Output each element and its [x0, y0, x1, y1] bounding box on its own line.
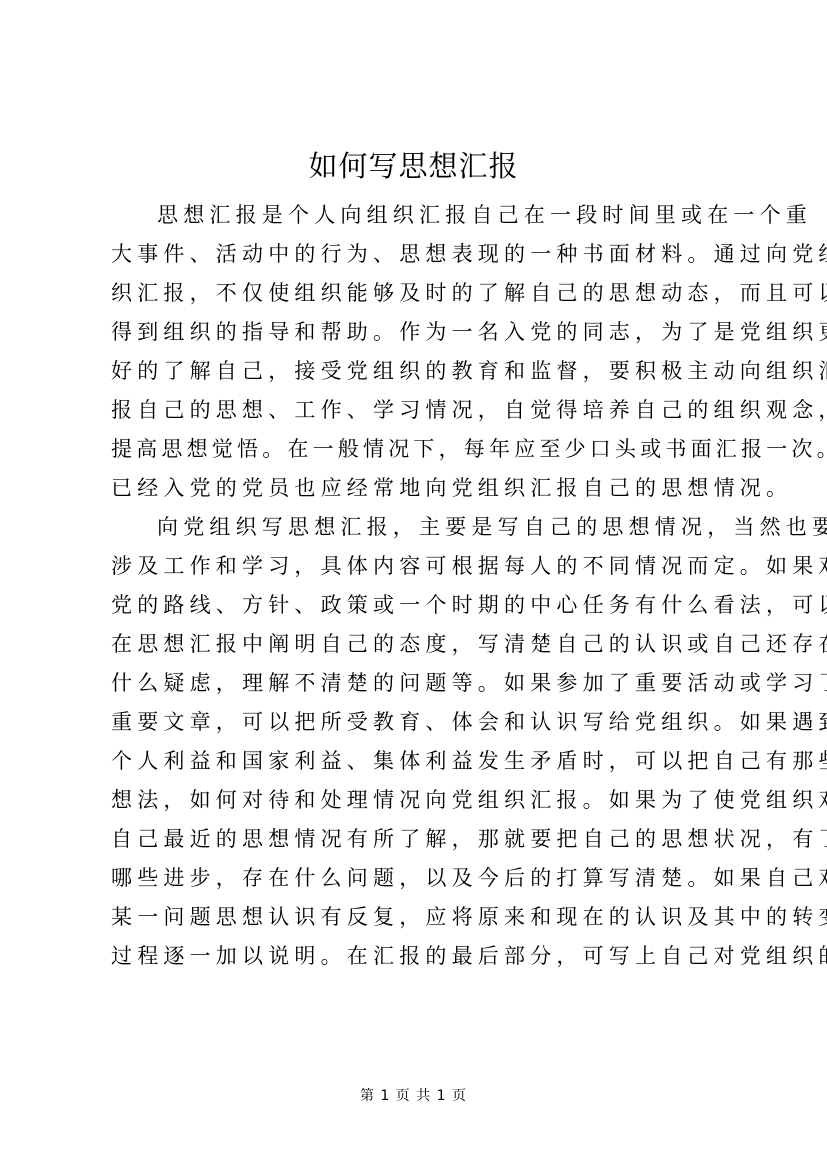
- paragraph-2-line-1: 向党组织写思想汇报，主要是写自己的思想情况，当然也要: [111, 508, 751, 547]
- paragraph-1-line-3: 织汇报，不仅使组织能够及时的了解自己的思想动态，而且可以: [111, 274, 751, 313]
- paragraph-2-line-10: 哪些进步，存在什么问题，以及今后的打算写清楚。如果自己对: [111, 859, 751, 898]
- paragraph-1-line-4: 得到组织的指导和帮助。作为一名入党的同志，为了是党组织更: [111, 313, 751, 352]
- paragraph-2-line-11: 某一问题思想认识有反复，应将原来和现在的认识及其中的转变: [111, 898, 751, 937]
- document-title: 如何写思想汇报: [0, 146, 827, 186]
- paragraph-1-line-6: 报自己的思想、工作、学习情况，自觉得培养自己的组织观念，: [111, 391, 751, 430]
- paragraph-1-line-1: 思想汇报是个人向组织汇报自己在一段时间里或在一个重: [111, 196, 751, 235]
- paragraph-2-line-7: 个人利益和国家利益、集体利益发生矛盾时，可以把自己有那些: [111, 742, 751, 781]
- paragraph-2-line-2: 涉及工作和学习，具体内容可根据每人的不同情况而定。如果对: [111, 547, 751, 586]
- paragraph-1-line-8: 已经入党的党员也应经常地向党组织汇报自己的思想情况。: [111, 469, 751, 508]
- paragraph-2-line-8: 想法，如何对待和处理情况向党组织汇报。如果为了使党组织对: [111, 781, 751, 820]
- paragraph-2-line-3: 党的路线、方针、政策或一个时期的中心任务有什么看法，可以: [111, 586, 751, 625]
- paragraph-2-line-4: 在思想汇报中阐明自己的态度，写清楚自己的认识或自己还存在: [111, 625, 751, 664]
- paragraph-2-line-9: 自己最近的思想情况有所了解，那就要把自己的思想状况，有了: [111, 820, 751, 859]
- document-body: 思想汇报是个人向组织汇报自己在一段时间里或在一个重 大事件、活动中的行为、思想表…: [111, 196, 751, 976]
- page-number-footer: 第 1 页 共 1 页: [0, 1086, 827, 1106]
- paragraph-2-line-5: 什么疑虑，理解不清楚的问题等。如果参加了重要活动或学习了: [111, 664, 751, 703]
- paragraph-1-line-7: 提高思想觉悟。在一般情况下，每年应至少口头或书面汇报一次。: [111, 430, 751, 469]
- document-page: 如何写思想汇报 思想汇报是个人向组织汇报自己在一段时间里或在一个重 大事件、活动…: [0, 0, 827, 1170]
- paragraph-2-line-12: 过程逐一加以说明。在汇报的最后部分，可写上自己对党组织的: [111, 937, 751, 976]
- paragraph-1-line-2: 大事件、活动中的行为、思想表现的一种书面材料。通过向党组: [111, 235, 751, 274]
- paragraph-1-line-5: 好的了解自己，接受党组织的教育和监督，要积极主动向组织汇: [111, 352, 751, 391]
- paragraph-2-line-6: 重要文章，可以把所受教育、体会和认识写给党组织。如果遇到: [111, 703, 751, 742]
